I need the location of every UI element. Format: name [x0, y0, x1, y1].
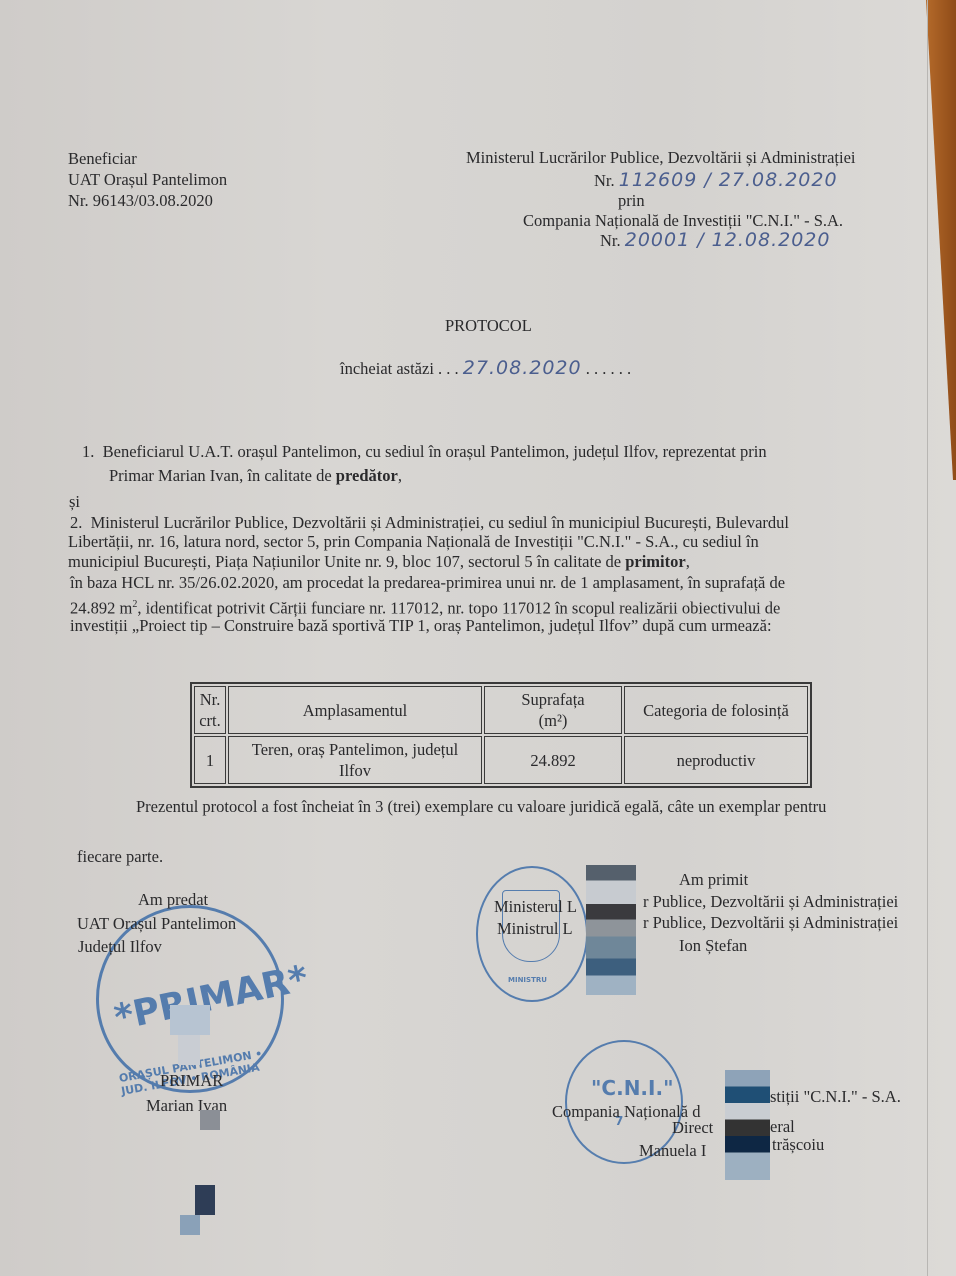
minister-line-start: Ministrul L [497, 918, 573, 939]
stamp-bottom-text: MINISTRU [508, 976, 547, 984]
prin-label: prin [618, 190, 645, 211]
cni-name-start: Manuela I [639, 1140, 706, 1161]
left-signer-role: PRIMAR [160, 1070, 223, 1091]
cell-area: 24.892 [484, 736, 622, 784]
concluded-label: încheiat astăzi [340, 359, 434, 378]
redacted-signature-left-5 [180, 1215, 200, 1235]
ministry-nr-handwritten: 112609 / 27.08.2020 [619, 169, 838, 191]
body-line-1: în baza HCL nr. 35/26.02.2020, am proced… [70, 572, 785, 593]
cell-category: neproductiv [624, 736, 808, 784]
closing-line-1: Prezentul protocol a fost încheiat în 3 … [136, 796, 826, 817]
party-2-line-3: municipiul București, Piața Națiunilor U… [68, 551, 690, 572]
role-primitor: primitor [625, 552, 685, 571]
concluded-date: încheiat astăzi . . . 27.08.2020 . . . .… [340, 358, 631, 379]
received-label: Am primit [679, 869, 748, 890]
cni-name-end: trășcoiu [772, 1134, 824, 1155]
redacted-signature-cni [725, 1070, 770, 1180]
party-1-line-2: Primar Marian Ivan, în calitate de predă… [109, 465, 402, 486]
redacted-signature-left-3 [200, 1110, 220, 1130]
minister-line-end: r Publice, Dezvoltării și Administrației [643, 912, 898, 933]
ministry-line-end: r Publice, Dezvoltării și Administrației [643, 891, 898, 912]
beneficiary-header: Beneficiar UAT Orașul Pantelimon Nr. 961… [68, 148, 227, 211]
body-line-3: investiții „Proiect tip – Construire baz… [70, 615, 772, 636]
paper-fold-edge [927, 0, 928, 1276]
beneficiary-number: Nr. 96143/03.08.2020 [68, 190, 227, 211]
header-category: Categoria de folosință [624, 686, 808, 734]
cni-nr-handwritten: 20001 / 12.08.2020 [625, 229, 831, 251]
ministry-name: Ministerul Lucrărilor Publice, Dezvoltăr… [466, 147, 856, 168]
beneficiary-label: Beneficiar [68, 148, 227, 169]
table-header-row: Nr. crt. Amplasamentul Suprafața (m²) Ca… [194, 686, 808, 734]
redacted-signature-left [170, 1005, 210, 1035]
handed-over-label: Am predat [138, 889, 208, 910]
beneficiary-name: UAT Orașul Pantelimon [68, 169, 227, 190]
party-1-line-1: 1. Beneficiarul U.A.T. orașul Pantelimon… [82, 441, 767, 462]
cell-nr: 1 [194, 736, 226, 784]
site-table: Nr. crt. Amplasamentul Suprafața (m²) Ca… [190, 682, 812, 788]
redacted-signature-left-2 [178, 1035, 200, 1065]
redacted-signature-ministry [586, 865, 636, 995]
header-nr: Nr. crt. [194, 686, 226, 734]
cell-site: Teren, oraș Pantelimon, județul Ilfov [228, 736, 482, 784]
redacted-signature-left-4 [195, 1185, 215, 1215]
table-row: 1 Teren, oraș Pantelimon, județul Ilfov … [194, 736, 808, 784]
header-site: Amplasamentul [228, 686, 482, 734]
role-predator: predător [336, 466, 398, 485]
ministry-nr-label: Nr. [594, 171, 615, 190]
party-2-line-2: Libertății, nr. 16, latura nord, sector … [68, 531, 759, 552]
document-title: PROTOCOL [445, 315, 532, 336]
cni-registration: Nr. 20001 / 12.08.2020 [600, 230, 830, 251]
wooden-surface [926, 0, 956, 480]
left-signer-org: UAT Orașul Pantelimon [77, 913, 236, 934]
concluded-date-handwritten: 27.08.2020 [463, 357, 582, 379]
minister-name: Ion Ștefan [679, 935, 747, 956]
left-signer-county: Județul Ilfov [78, 936, 162, 957]
header-area: Suprafața (m²) [484, 686, 622, 734]
party-2-line-1: 2. Ministerul Lucrărilor Publice, Dezvol… [70, 512, 789, 533]
cni-company-name: Compania Națională de Investiții "C.N.I.… [523, 210, 843, 231]
closing-line-2: fiecare parte. [77, 846, 163, 867]
and-conjunction: și [69, 491, 80, 512]
ministry-registration: Nr. 112609 / 27.08.2020 [594, 170, 838, 191]
cni-nr-label: Nr. [600, 231, 621, 250]
ministry-line-start: Ministerul L [494, 896, 577, 917]
cni-role-start: Direct [672, 1117, 713, 1138]
cni-company-end: stiții "C.N.I." - S.A. [770, 1086, 901, 1107]
cni-stamp-center: "C.N.I." [591, 1076, 674, 1100]
